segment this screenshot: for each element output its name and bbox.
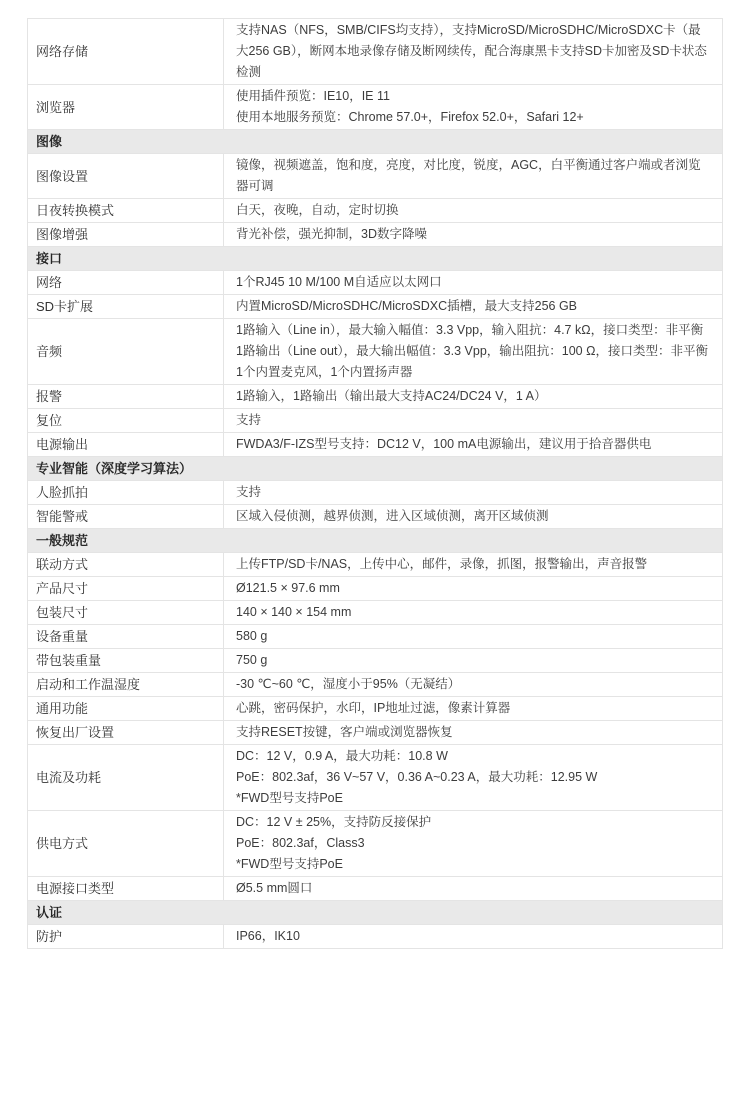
section-header: 图像: [28, 130, 722, 154]
spec-value: 白天，夜晚，自动，定时切换: [224, 199, 722, 222]
spec-value: IP66，IK10: [224, 925, 722, 948]
spec-label: 复位: [28, 409, 224, 432]
spec-label: 日夜转换模式: [28, 199, 224, 222]
spec-value-line: 使用插件预览：IE10，IE 11: [236, 86, 712, 107]
spec-value-line: 140 × 140 × 154 mm: [236, 602, 712, 623]
spec-value: DC：12 V，0.9 A，最大功耗：10.8 WPoE：802.3af，36 …: [224, 745, 722, 810]
spec-row: 产品尺寸Ø121.5 × 97.6 mm: [28, 577, 722, 601]
spec-label: 图像设置: [28, 154, 224, 198]
spec-value-line: 750 g: [236, 650, 712, 671]
spec-label: 带包装重量: [28, 649, 224, 672]
spec-value: 140 × 140 × 154 mm: [224, 601, 722, 624]
spec-value-line: PoE：802.3af，36 V~57 V，0.36 A~0.23 A，最大功耗…: [236, 767, 712, 788]
spec-row: 电流及功耗DC：12 V，0.9 A，最大功耗：10.8 WPoE：802.3a…: [28, 745, 722, 811]
spec-value: 1个RJ45 10 M/100 M自适应以太网口: [224, 271, 722, 294]
spec-value: 上传FTP/SD卡/NAS，上传中心，邮件，录像，抓图，报警输出，声音报警: [224, 553, 722, 576]
spec-value: 支持: [224, 481, 722, 504]
spec-value: 内置MicroSD/MicroSDHC/MicroSDXC插槽，最大支持256 …: [224, 295, 722, 318]
spec-row: 恢复出厂设置支持RESET按键，客户端或浏览器恢复: [28, 721, 722, 745]
spec-row: 图像设置镜像，视频遮盖，饱和度，亮度，对比度，锐度，AGC，白平衡通过客户端或者…: [28, 154, 722, 199]
spec-label: 图像增强: [28, 223, 224, 246]
spec-label: 网络: [28, 271, 224, 294]
spec-label: 浏览器: [28, 85, 224, 129]
spec-label: 防护: [28, 925, 224, 948]
spec-label: 音频: [28, 319, 224, 384]
spec-label: 包装尺寸: [28, 601, 224, 624]
spec-value: 背光补偿，强光抑制，3D数字降噪: [224, 223, 722, 246]
spec-row: 联动方式上传FTP/SD卡/NAS，上传中心，邮件，录像，抓图，报警输出，声音报…: [28, 553, 722, 577]
spec-row: 电源接口类型Ø5.5 mm圆口: [28, 877, 722, 901]
spec-row: 包装尺寸140 × 140 × 154 mm: [28, 601, 722, 625]
spec-table: 网络存储支持NAS（NFS，SMB/CIFS均支持），支持MicroSD/Mic…: [27, 18, 723, 949]
spec-value: 支持: [224, 409, 722, 432]
spec-value: 心跳，密码保护，水印，IP地址过滤，像素计算器: [224, 697, 722, 720]
spec-label: 电源接口类型: [28, 877, 224, 900]
spec-row: 日夜转换模式白天，夜晚，自动，定时切换: [28, 199, 722, 223]
spec-value-line: 1个内置麦克风，1个内置扬声器: [236, 362, 712, 383]
spec-label: SD卡扩展: [28, 295, 224, 318]
spec-value-line: 区域入侵侦测，越界侦测，进入区域侦测，离开区域侦测: [236, 506, 712, 527]
spec-row: 网络1个RJ45 10 M/100 M自适应以太网口: [28, 271, 722, 295]
spec-row: SD卡扩展内置MicroSD/MicroSDHC/MicroSDXC插槽，最大支…: [28, 295, 722, 319]
spec-row: 智能警戒区域入侵侦测，越界侦测，进入区域侦测，离开区域侦测: [28, 505, 722, 529]
spec-value-line: 1路输出（Line out），最大输出幅值：3.3 Vpp，输出阻抗：100 Ω…: [236, 341, 712, 362]
spec-value-line: Ø121.5 × 97.6 mm: [236, 578, 712, 599]
section-header: 认证: [28, 901, 722, 925]
spec-row: 浏览器使用插件预览：IE10，IE 11使用本地服务预览：Chrome 57.0…: [28, 85, 722, 130]
spec-row: 防护IP66，IK10: [28, 925, 722, 949]
spec-value-line: FWDA3/F-IZS型号支持：DC12 V，100 mA电源输出，建议用于拾音…: [236, 434, 712, 455]
section-header: 专业智能（深度学习算法）: [28, 457, 722, 481]
spec-value-line: *FWD型号支持PoE: [236, 854, 712, 875]
spec-row: 带包装重量750 g: [28, 649, 722, 673]
spec-value-line: 内置MicroSD/MicroSDHC/MicroSDXC插槽，最大支持256 …: [236, 296, 712, 317]
spec-row: 电源输出FWDA3/F-IZS型号支持：DC12 V，100 mA电源输出，建议…: [28, 433, 722, 457]
spec-label: 恢复出厂设置: [28, 721, 224, 744]
spec-value-line: 白天，夜晚，自动，定时切换: [236, 200, 712, 221]
spec-value: 支持RESET按键，客户端或浏览器恢复: [224, 721, 722, 744]
spec-value: Ø5.5 mm圆口: [224, 877, 722, 900]
spec-value-line: Ø5.5 mm圆口: [236, 878, 712, 899]
spec-value-line: 1路输入（Line in），最大输入幅值：3.3 Vpp，输入阻抗：4.7 kΩ…: [236, 320, 712, 341]
spec-row: 供电方式DC：12 V ± 25%，支持防反接保护PoE：802.3af，Cla…: [28, 811, 722, 877]
spec-label: 报警: [28, 385, 224, 408]
spec-value: 镜像，视频遮盖，饱和度，亮度，对比度，锐度，AGC，白平衡通过客户端或者浏览器可…: [224, 154, 722, 198]
spec-value-line: IP66，IK10: [236, 926, 712, 947]
spec-value: 使用插件预览：IE10，IE 11使用本地服务预览：Chrome 57.0+，F…: [224, 85, 722, 129]
spec-value-line: PoE：802.3af，Class3: [236, 833, 712, 854]
spec-value: -30 ℃~60 ℃，湿度小于95%（无凝结）: [224, 673, 722, 696]
spec-row: 报警1路输入，1路输出（输出最大支持AC24/DC24 V，1 A）: [28, 385, 722, 409]
spec-label: 启动和工作温湿度: [28, 673, 224, 696]
spec-label: 网络存储: [28, 19, 224, 84]
spec-value-line: 1路输入，1路输出（输出最大支持AC24/DC24 V，1 A）: [236, 386, 712, 407]
spec-value: 1路输入，1路输出（输出最大支持AC24/DC24 V，1 A）: [224, 385, 722, 408]
section-header: 一般规范: [28, 529, 722, 553]
spec-label: 供电方式: [28, 811, 224, 876]
spec-row: 设备重量580 g: [28, 625, 722, 649]
spec-label: 联动方式: [28, 553, 224, 576]
spec-label: 电源输出: [28, 433, 224, 456]
spec-value: Ø121.5 × 97.6 mm: [224, 577, 722, 600]
spec-row: 启动和工作温湿度-30 ℃~60 ℃，湿度小于95%（无凝结）: [28, 673, 722, 697]
spec-value: FWDA3/F-IZS型号支持：DC12 V，100 mA电源输出，建议用于拾音…: [224, 433, 722, 456]
spec-value-line: DC：12 V，0.9 A，最大功耗：10.8 W: [236, 746, 712, 767]
spec-value-line: 支持RESET按键，客户端或浏览器恢复: [236, 722, 712, 743]
spec-value: 750 g: [224, 649, 722, 672]
spec-value: 1路输入（Line in），最大输入幅值：3.3 Vpp，输入阻抗：4.7 kΩ…: [224, 319, 722, 384]
spec-value-line: 580 g: [236, 626, 712, 647]
spec-row: 通用功能心跳，密码保护，水印，IP地址过滤，像素计算器: [28, 697, 722, 721]
spec-label: 智能警戒: [28, 505, 224, 528]
spec-value-line: 1个RJ45 10 M/100 M自适应以太网口: [236, 272, 712, 293]
spec-value-line: DC：12 V ± 25%，支持防反接保护: [236, 812, 712, 833]
spec-value-line: -30 ℃~60 ℃，湿度小于95%（无凝结）: [236, 674, 712, 695]
spec-row: 复位支持: [28, 409, 722, 433]
spec-value: 支持NAS（NFS，SMB/CIFS均支持），支持MicroSD/MicroSD…: [224, 19, 722, 84]
spec-value-line: 心跳，密码保护，水印，IP地址过滤，像素计算器: [236, 698, 712, 719]
spec-label: 设备重量: [28, 625, 224, 648]
spec-label: 人脸抓拍: [28, 481, 224, 504]
section-header: 接口: [28, 247, 722, 271]
spec-value: 580 g: [224, 625, 722, 648]
spec-value-line: 镜像，视频遮盖，饱和度，亮度，对比度，锐度，AGC，白平衡通过客户端或者浏览器可…: [236, 155, 712, 197]
spec-value: DC：12 V ± 25%，支持防反接保护PoE：802.3af，Class3*…: [224, 811, 722, 876]
spec-value-line: 支持: [236, 482, 712, 503]
spec-label: 电流及功耗: [28, 745, 224, 810]
spec-row: 图像增强背光补偿，强光抑制，3D数字降噪: [28, 223, 722, 247]
spec-value-line: 背光补偿，强光抑制，3D数字降噪: [236, 224, 712, 245]
spec-row: 音频1路输入（Line in），最大输入幅值：3.3 Vpp，输入阻抗：4.7 …: [28, 319, 722, 385]
spec-value-line: *FWD型号支持PoE: [236, 788, 712, 809]
spec-value-line: 使用本地服务预览：Chrome 57.0+，Firefox 52.0+，Safa…: [236, 107, 712, 128]
spec-value-line: 支持: [236, 410, 712, 431]
spec-value-line: 上传FTP/SD卡/NAS，上传中心，邮件，录像，抓图，报警输出，声音报警: [236, 554, 712, 575]
spec-label: 产品尺寸: [28, 577, 224, 600]
spec-value-line: 支持NAS（NFS，SMB/CIFS均支持），支持MicroSD/MicroSD…: [236, 20, 712, 83]
spec-label: 通用功能: [28, 697, 224, 720]
spec-row: 网络存储支持NAS（NFS，SMB/CIFS均支持），支持MicroSD/Mic…: [28, 19, 722, 85]
spec-value: 区域入侵侦测，越界侦测，进入区域侦测，离开区域侦测: [224, 505, 722, 528]
spec-row: 人脸抓拍支持: [28, 481, 722, 505]
